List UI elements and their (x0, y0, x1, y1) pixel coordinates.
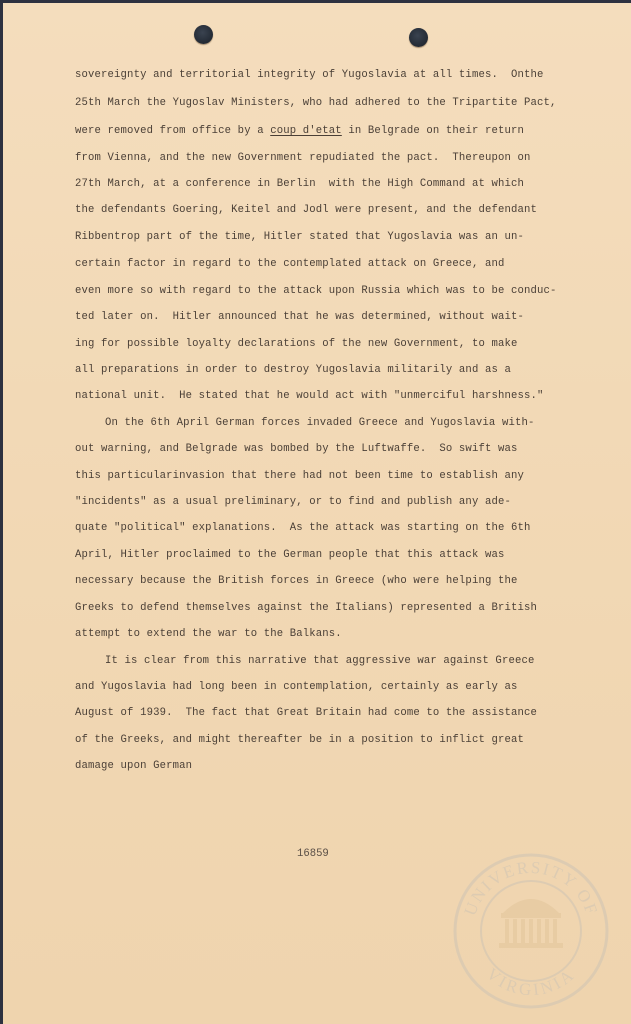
text-line: of the Greeks, and might thereafter be i… (75, 734, 524, 746)
text-line: and Yugoslavia had long been in contempl… (75, 681, 518, 693)
text-line: quate "political" explanations. As the a… (75, 522, 531, 534)
text-line: the defendants Goering, Keitel and Jodl … (75, 204, 537, 216)
text-line: Ribbentrop part of the time, Hitler stat… (75, 231, 524, 243)
text-line: ted later on. Hitler announced that he w… (75, 311, 524, 323)
svg-text:VIRGINIA: VIRGINIA (483, 964, 579, 999)
text-line: certain factor in regard to the contempl… (75, 258, 504, 270)
text-line: this particularinvasion that there had n… (75, 470, 524, 482)
text-line: On the 6th April German forces invaded G… (105, 417, 534, 429)
text-line: 25th March the Yugoslav Ministers, who h… (75, 97, 557, 109)
text-line: 27th March, at a conference in Berlin wi… (75, 178, 524, 190)
punch-hole-right (409, 28, 428, 47)
page-number: 16859 (297, 848, 329, 860)
text-line: sovereignty and territorial integrity of… (75, 69, 544, 81)
text-line: April, Hitler proclaimed to the German p… (75, 549, 504, 561)
text-line: August of 1939. The fact that Great Brit… (75, 707, 537, 719)
seal-bottom-text: VIRGINIA (483, 964, 579, 999)
text-line: national unit. He stated that he would a… (75, 390, 544, 402)
text-line: ing for possible loyalty declarations of… (75, 338, 518, 350)
text-line: "incidents" as a usual preliminary, or t… (75, 496, 511, 508)
text-line: were removed from office by a coup d'eta… (75, 125, 524, 137)
underlined-term: coup d'etat (270, 125, 342, 137)
document-page: sovereignty and territorial integrity of… (3, 3, 631, 1024)
text-line: from Vienna, and the new Government repu… (75, 152, 531, 164)
text-line: It is clear from this narrative that agg… (105, 655, 534, 667)
text-line: all preparations in order to destroy Yug… (75, 364, 511, 376)
text-line: even more so with regard to the attack u… (75, 285, 557, 297)
text-line: out warning, and Belgrade was bombed by … (75, 443, 518, 455)
text-line: necessary because the British forces in … (75, 575, 518, 587)
text-line: Greeks to defend themselves against the … (75, 602, 537, 614)
university-seal-watermark-icon: UNIVERSITY OF VIRGINIA (451, 851, 611, 1011)
text-line: attempt to extend the war to the Balkans… (75, 628, 342, 640)
text-line: damage upon German (75, 760, 192, 772)
punch-hole-left (194, 25, 213, 44)
